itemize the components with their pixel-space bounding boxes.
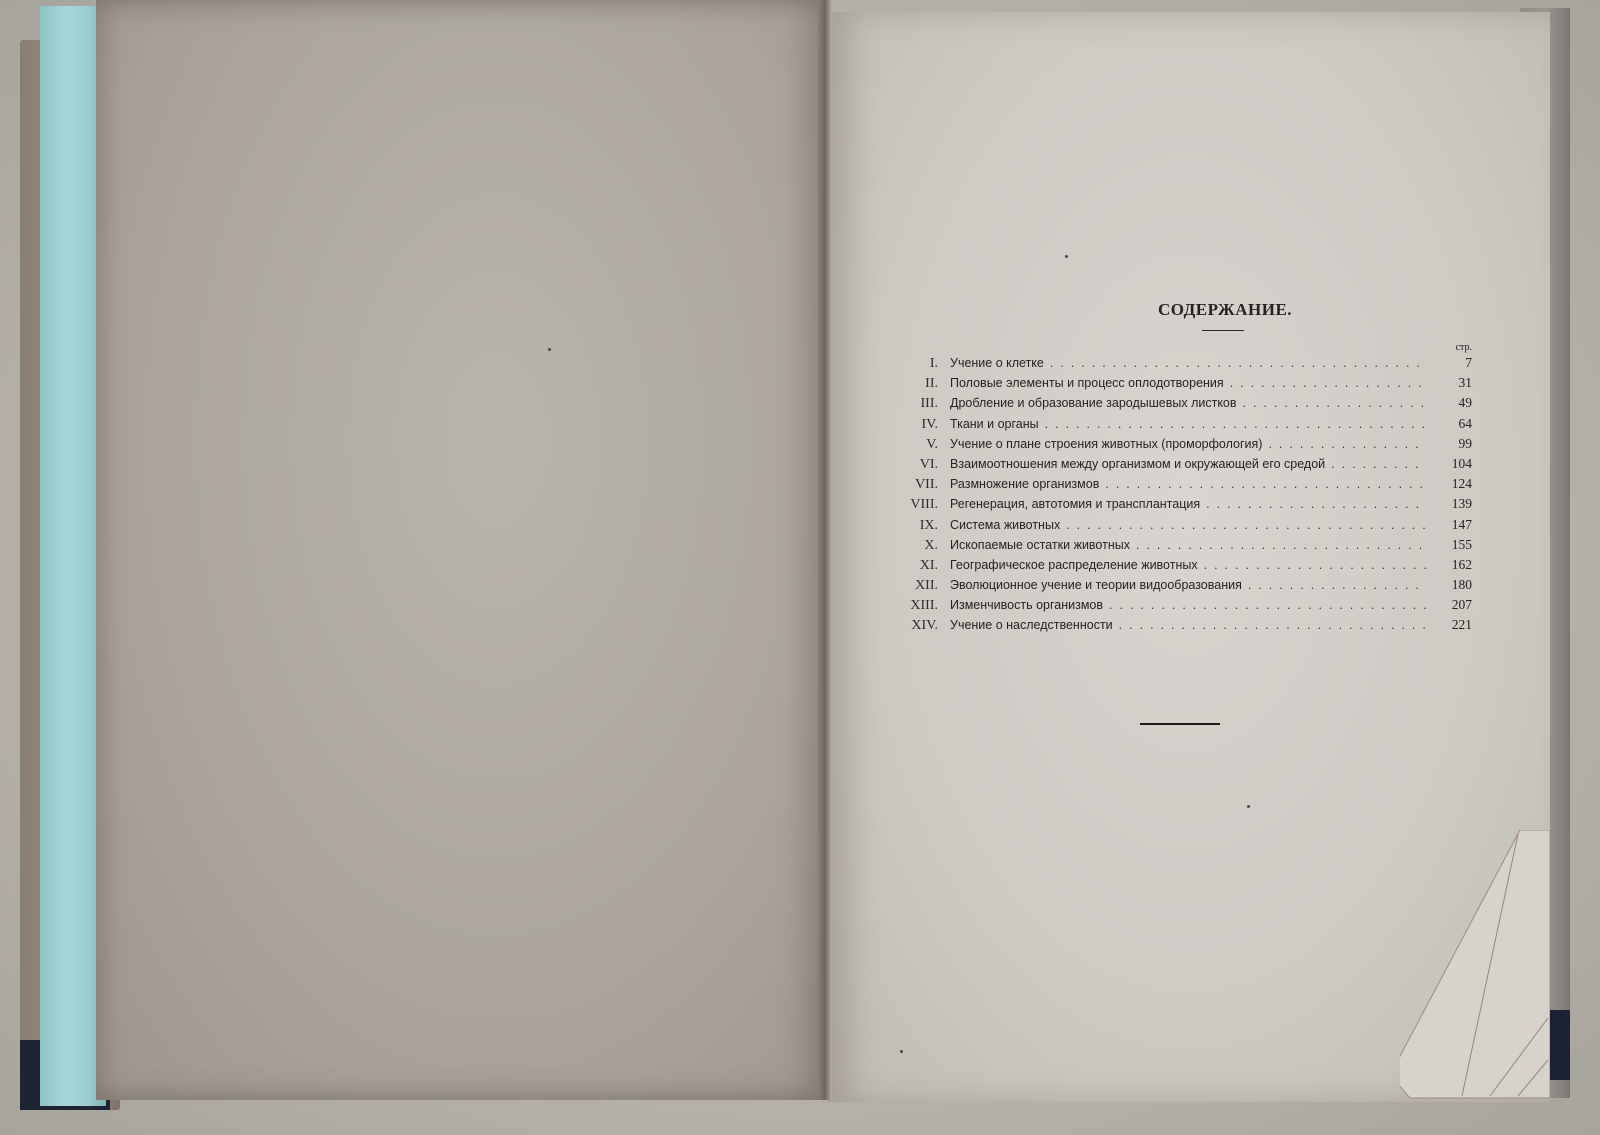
chapter-number: VI. — [890, 455, 950, 475]
toc-entry: X. Ископаемые остатки животных .........… — [890, 535, 1480, 555]
page-column-label: стр. — [890, 343, 1472, 353]
leader-dots: ........................................… — [1243, 393, 1426, 413]
leader-dots: ........................................… — [1268, 434, 1426, 454]
chapter-page: 162 — [1426, 555, 1480, 575]
chapter-page: 7 — [1426, 353, 1480, 373]
chapter-title: Учение о клетке — [950, 353, 1050, 373]
paper-speck — [1247, 805, 1250, 808]
chapter-page: 155 — [1426, 535, 1480, 555]
chapter-number: VII. — [890, 475, 950, 495]
book-photo: СОДЕРЖАНИЕ. стр. I. Учение о клетке ....… — [0, 0, 1600, 1135]
chapter-title: Географическое распределение животных — [950, 555, 1204, 575]
chapter-page: 49 — [1426, 393, 1480, 413]
leader-dots: ........................................… — [1105, 474, 1426, 494]
leader-dots: ........................................… — [1331, 454, 1426, 474]
chapter-number: XI. — [890, 556, 950, 576]
leader-dots: ........................................… — [1119, 615, 1426, 635]
chapter-page: 99 — [1426, 434, 1480, 454]
chapter-number: X. — [890, 536, 950, 556]
chapter-title: Ткани и органы — [950, 414, 1045, 434]
toc-entry: VI. Взаимоотношения между организмом и о… — [890, 454, 1480, 474]
chapter-number: V. — [890, 435, 950, 455]
chapter-title: Взаимоотношения между организмом и окруж… — [950, 454, 1331, 474]
chapter-page: 31 — [1426, 373, 1480, 393]
chapter-title: Эволюционное учение и теории видообразов… — [950, 575, 1248, 595]
chapter-number: II. — [890, 374, 950, 394]
toc-entry: XII. Эволюционное учение и теории видооб… — [890, 575, 1480, 595]
toc-entry: II. Половые элементы и процесс оплодотво… — [890, 373, 1480, 393]
toc-entry: VII. Размножение организмов ............… — [890, 474, 1480, 494]
chapter-title: Половые элементы и процесс оплодотворени… — [950, 373, 1230, 393]
toc-entry: XIII. Изменчивость организмов ..........… — [890, 595, 1480, 615]
leader-dots: ........................................… — [1066, 515, 1426, 535]
toc-entry: XI. Географическое распределение животны… — [890, 555, 1480, 575]
chapter-title: Размножение организмов — [950, 474, 1105, 494]
end-rule — [1140, 723, 1220, 725]
chapter-title: Ископаемые остатки животных — [950, 535, 1136, 555]
toc-entry: XIV. Учение о наследственности .........… — [890, 615, 1480, 635]
leader-dots: ........................................… — [1206, 494, 1426, 514]
toc-title: СОДЕРЖАНИЕ. — [970, 300, 1480, 320]
chapter-title: Изменчивость организмов — [950, 595, 1109, 615]
chapter-page: 207 — [1426, 595, 1480, 615]
chapter-number: XIV. — [890, 616, 950, 636]
left-page-blank — [96, 0, 826, 1100]
chapter-number: XII. — [890, 576, 950, 596]
leader-dots: ........................................… — [1045, 414, 1426, 434]
chapter-title: Учение о плане строения животных (промор… — [950, 434, 1268, 454]
toc-entry: IV. Ткани и органы .....................… — [890, 414, 1480, 434]
table-of-contents: СОДЕРЖАНИЕ. стр. I. Учение о клетке ....… — [890, 300, 1480, 636]
toc-entry: V. Учение о плане строения животных (про… — [890, 434, 1480, 454]
chapter-number: IX. — [890, 516, 950, 536]
chapter-number: I. — [890, 354, 950, 374]
book-gutter — [818, 0, 832, 1100]
leader-dots: ........................................… — [1204, 555, 1426, 575]
paper-speck — [1065, 255, 1068, 258]
chapter-page: 124 — [1426, 474, 1480, 494]
chapter-page: 64 — [1426, 414, 1480, 434]
paper-speck — [900, 1050, 903, 1053]
chapter-title: Регенерация, автотомия и трансплантация — [950, 494, 1206, 514]
chapter-title: Система животных — [950, 515, 1066, 535]
leader-dots: ........................................… — [1230, 373, 1426, 393]
title-rule — [1202, 330, 1244, 331]
chapter-title: Дробление и образование зародышевых лист… — [950, 393, 1243, 413]
leader-dots: ........................................… — [1109, 595, 1426, 615]
chapter-page: 180 — [1426, 575, 1480, 595]
chapter-page: 104 — [1426, 454, 1480, 474]
toc-entry: IX. Система животных ...................… — [890, 515, 1480, 535]
toc-entry: I. Учение о клетке .....................… — [890, 353, 1480, 373]
chapter-page: 221 — [1426, 615, 1480, 635]
chapter-number: IV. — [890, 415, 950, 435]
leader-dots: ........................................… — [1050, 353, 1426, 373]
paper-speck — [548, 348, 551, 351]
chapter-page: 139 — [1426, 494, 1480, 514]
toc-entry: III. Дробление и образование зародышевых… — [890, 393, 1480, 413]
chapter-number: XIII. — [890, 596, 950, 616]
leader-dots: ........................................… — [1136, 535, 1426, 555]
chapter-title: Учение о наследственности — [950, 615, 1119, 635]
chapter-number: III. — [890, 394, 950, 414]
toc-entry: VIII. Регенерация, автотомия и трансплан… — [890, 494, 1480, 514]
leader-dots: ........................................… — [1248, 575, 1426, 595]
folded-page-corner — [1400, 830, 1550, 1100]
chapter-number: VIII. — [890, 495, 950, 515]
chapter-page: 147 — [1426, 515, 1480, 535]
